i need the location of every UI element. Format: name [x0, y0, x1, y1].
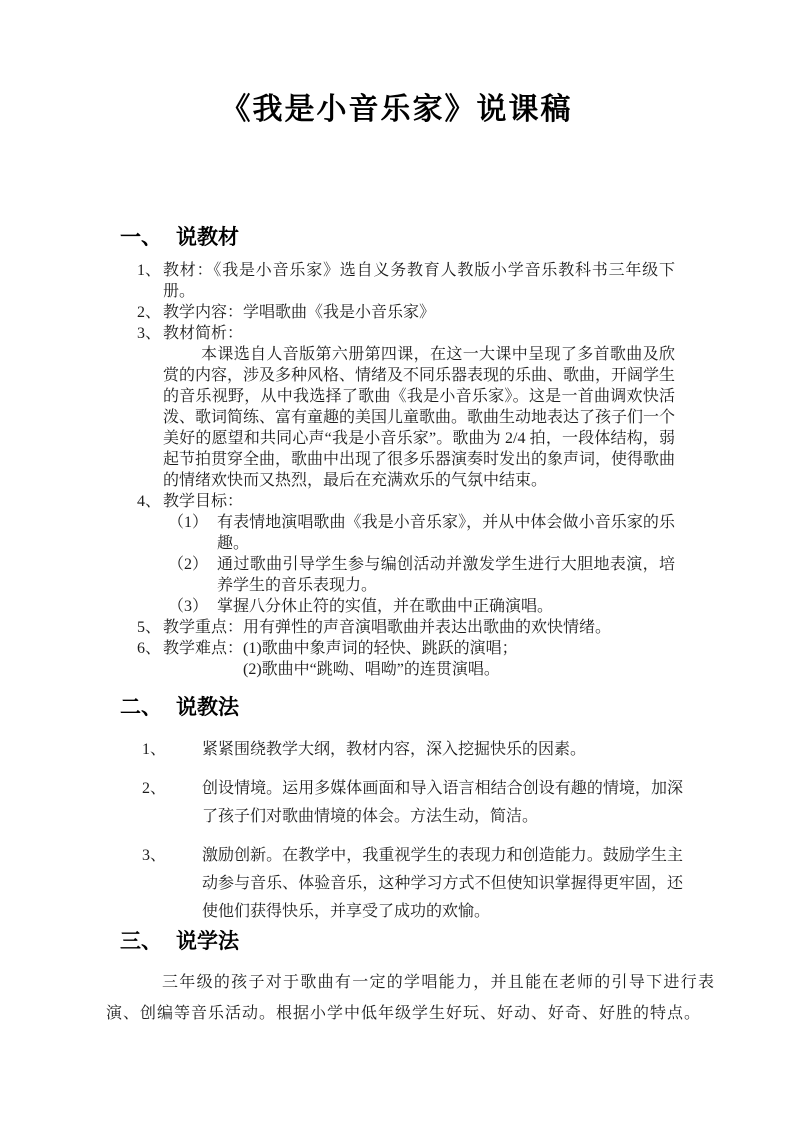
difficulty-line-2: (2)歌曲中“跳呦、唱呦”的连贯演唱。: [243, 659, 675, 680]
item-text: 教学目标：: [163, 491, 675, 512]
item-text: 教学内容：学唱歌曲《我是小音乐家》: [163, 302, 675, 323]
item-text: 紧紧围绕教学大纲，教材内容，深入挖掘快乐的因素。: [202, 736, 683, 764]
item-text: 创设情境。运用多媒体画面和导入语言相结合创设有趣的情境，加深了孩子们对歌曲情境的…: [202, 775, 683, 831]
section-2-list: 1、 紧紧围绕教学大纲，教材内容，深入挖掘快乐的因素。 2、 创设情境。运用多媒…: [142, 736, 683, 926]
item-text: 教材：《我是小音乐家》选自义务教育人教版小学音乐教科书三年级下册。: [163, 260, 675, 302]
item-number: 3、: [142, 842, 202, 926]
section-heading-3: 三、说学法: [120, 930, 793, 954]
objective-sub-item: （1） 有表情地演唱歌曲《我是小音乐家》，并从中体会做小音乐家的乐趣。: [168, 512, 675, 554]
list-item: 5、 教学重点：用有弹性的声音演唱歌曲并表达出歌曲的欢快情绪。: [137, 617, 675, 638]
list-item: 3、 教材简析：: [137, 323, 675, 344]
sub-item-text: 有表情地演唱歌曲《我是小音乐家》，并从中体会做小音乐家的乐趣。: [217, 512, 675, 554]
sub-item-number: （1）: [168, 512, 217, 554]
item-number: 2、: [142, 775, 202, 831]
section-heading-1: 一、说教材: [120, 226, 793, 250]
item-text: 教材简析：: [163, 323, 675, 344]
difficulty-lines: (1)歌曲中象声词的轻快、跳跃的演唱； (2)歌曲中“跳呦、唱呦”的连贯演唱。: [243, 638, 675, 680]
material-analysis-paragraph: 本课选自人音版第六册第四课，在这一大课中呈现了多首歌曲及欣赏的内容，涉及多种风格…: [163, 344, 675, 491]
section-heading-2-label: 说教法: [176, 696, 239, 719]
item-number: 5、: [137, 617, 163, 638]
section-heading-2: 二、说教法: [120, 696, 793, 720]
item-number: 4、: [137, 491, 163, 512]
sub-item-number: （3）: [168, 596, 217, 617]
list-item: 6、 教学难点： (1)歌曲中象声词的轻快、跳跃的演唱； (2)歌曲中“跳呦、唱…: [137, 638, 675, 680]
section-heading-1-number: 一、: [120, 226, 162, 249]
sub-item-text: 通过歌曲引导学生参与编创活动并激发学生进行大胆地表演，培养学生的音乐表现力。: [217, 554, 675, 596]
item-number: 2、: [137, 302, 163, 323]
document-page: 《我是小音乐家》说课稿 一、说教材 1、 教材：《我是小音乐家》选自义务教育人教…: [0, 0, 793, 1122]
item-number: 6、: [137, 638, 163, 680]
learning-method-paragraph: 三年级的孩子对于歌曲有一定的学唱能力，并且能在老师的引导下进行表演、创编等音乐活…: [106, 967, 715, 1029]
sub-item-number: （2）: [168, 554, 217, 596]
item-text: 教学难点： (1)歌曲中象声词的轻快、跳跃的演唱； (2)歌曲中“跳呦、唱呦”的…: [163, 638, 675, 680]
list-item: 1、 紧紧围绕教学大纲，教材内容，深入挖掘快乐的因素。: [142, 736, 683, 764]
section-1-list: 1、 教材：《我是小音乐家》选自义务教育人教版小学音乐教科书三年级下册。 2、 …: [137, 260, 675, 680]
item-number: 3、: [137, 323, 163, 344]
section-heading-1-label: 说教材: [176, 226, 239, 249]
document-title: 《我是小音乐家》说课稿: [0, 0, 793, 130]
item-number: 1、: [142, 736, 202, 764]
section-heading-3-number: 三、: [120, 930, 162, 953]
list-item: 2、 教学内容：学唱歌曲《我是小音乐家》: [137, 302, 675, 323]
item-text: 教学重点：用有弹性的声音演唱歌曲并表达出歌曲的欢快情绪。: [163, 617, 675, 638]
sub-item-text: 掌握八分休止符的实值，并在歌曲中正确演唱。: [217, 596, 675, 617]
list-item: 2、 创设情境。运用多媒体画面和导入语言相结合创设有趣的情境，加深了孩子们对歌曲…: [142, 775, 683, 831]
section-heading-2-number: 二、: [120, 696, 162, 719]
list-item: 3、 激励创新。在教学中，我重视学生的表现力和创造能力。鼓励学生主动参与音乐、体…: [142, 842, 683, 926]
item-number: 1、: [137, 260, 163, 302]
list-item: 1、 教材：《我是小音乐家》选自义务教育人教版小学音乐教科书三年级下册。: [137, 260, 675, 302]
item-text: 激励创新。在教学中，我重视学生的表现力和创造能力。鼓励学生主动参与音乐、体验音乐…: [202, 842, 683, 926]
difficulty-line-1: (1)歌曲中象声词的轻快、跳跃的演唱；: [243, 638, 675, 659]
difficulty-label: 教学难点：: [163, 638, 243, 680]
list-item: 4、 教学目标：: [137, 491, 675, 512]
objective-sub-item: （3） 掌握八分休止符的实值，并在歌曲中正确演唱。: [168, 596, 675, 617]
section-heading-3-label: 说学法: [176, 930, 239, 953]
objective-sub-item: （2） 通过歌曲引导学生参与编创活动并激发学生进行大胆地表演，培养学生的音乐表现…: [168, 554, 675, 596]
